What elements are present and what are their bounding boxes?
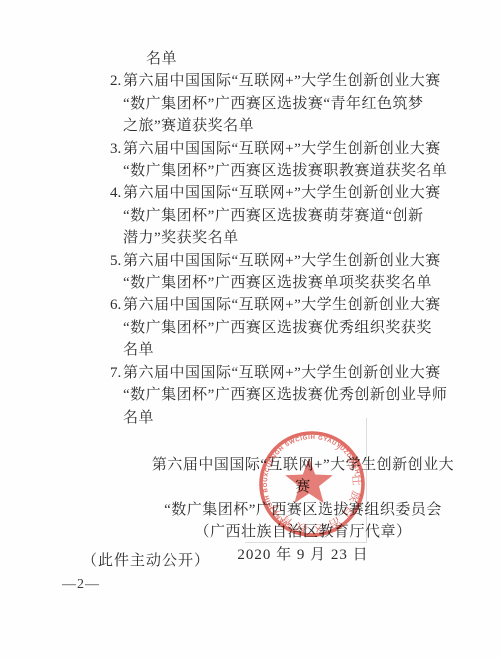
list-line: 7.第六届中国国际“互联网+”大学生创新创业大赛 xyxy=(110,362,460,384)
list-line-text: “数广集团杯”广西赛区选拔赛优秀创新创业导师 xyxy=(123,384,447,406)
item-number xyxy=(110,272,123,294)
list-line: “数广集团杯”广西赛区选拔赛单项奖获奖名单 xyxy=(110,272,460,294)
list-line-text: 第六届中国国际“互联网+”大学生创新创业大赛 xyxy=(123,138,441,160)
item-number: 7. xyxy=(110,362,123,384)
disclosure-note: （此件主动公开） xyxy=(82,549,210,570)
item-number xyxy=(110,205,123,227)
item-number xyxy=(110,160,123,182)
item-number xyxy=(110,384,123,406)
item-number xyxy=(110,48,123,70)
award-list: 名单 2.第六届中国国际“互联网+”大学生创新创业大赛 “数广集团杯”广西赛区选… xyxy=(110,48,460,429)
list-line: “数广集团杯”广西赛区选拔赛“青年红色筑梦 xyxy=(110,93,460,115)
list-line: 3.第六届中国国际“互联网+”大学生创新创业大赛 xyxy=(110,138,460,160)
list-line-text: “数广集团杯”广西赛区选拔赛萌芽赛道“创新 xyxy=(123,205,423,227)
document-page: 名单 2.第六届中国国际“互联网+”大学生创新创业大赛 “数广集团杯”广西赛区选… xyxy=(0,0,500,658)
item-number: 5. xyxy=(110,250,123,272)
list-line: 名单 xyxy=(110,407,460,429)
list-line-text: 第六届中国国际“互联网+”大学生创新创业大赛 xyxy=(123,250,441,272)
list-line-text: 第六届中国国际“互联网+”大学生创新创业大赛 xyxy=(123,70,441,92)
list-line-text: 之旅”赛道获奖名单 xyxy=(123,115,254,137)
list-line-text: 第六届中国国际“互联网+”大学生创新创业大赛 xyxy=(123,294,441,316)
item-number: 6. xyxy=(110,294,123,316)
list-line-text: “数广集团杯”广西赛区选拔赛优秀组织奖获奖 xyxy=(123,317,432,339)
list-line: 名单 xyxy=(110,339,460,361)
list-line-text: 名单 xyxy=(123,48,177,70)
signature-org-line-1: 第六届中国国际“互联网+”大学生创新创业大赛 xyxy=(150,454,456,499)
list-line-text: 名单 xyxy=(123,407,154,429)
list-line: 潜力”奖获奖名单 xyxy=(110,227,460,249)
list-line: 之旅”赛道获奖名单 xyxy=(110,115,460,137)
list-line-text: 第六届中国国际“互联网+”大学生创新创业大赛 xyxy=(123,182,441,204)
item-number xyxy=(110,339,123,361)
item-number xyxy=(110,115,123,137)
item-number: 3. xyxy=(110,138,123,160)
signature-proxy-note: （广西壮族自治区教育厅代章） xyxy=(150,521,456,543)
list-line-text: “数广集团杯”广西赛区选拔赛单项奖获奖名单 xyxy=(123,272,432,294)
item-number xyxy=(110,317,123,339)
signature-org-line-2: “数广集团杯”广西赛区选拔赛组织委员会 xyxy=(150,499,456,521)
list-line: “数广集团杯”广西赛区选拔赛职教赛道获奖名单 xyxy=(110,160,460,182)
list-line: 5.第六届中国国际“互联网+”大学生创新创业大赛 xyxy=(110,250,460,272)
list-line: 4.第六届中国国际“互联网+”大学生创新创业大赛 xyxy=(110,182,460,204)
list-line-text: “数广集团杯”广西赛区选拔赛“青年红色筑梦 xyxy=(123,93,423,115)
item-number: 4. xyxy=(110,182,123,204)
list-line: 2.第六届中国国际“互联网+”大学生创新创业大赛 xyxy=(110,70,460,92)
list-line: 6.第六届中国国际“互联网+”大学生创新创业大赛 xyxy=(110,294,460,316)
list-line: “数广集团杯”广西赛区选拔赛萌芽赛道“创新 xyxy=(110,205,460,227)
item-number xyxy=(110,227,123,249)
list-line: 名单 xyxy=(110,48,460,70)
list-line-text: 名单 xyxy=(123,339,154,361)
item-number: 2. xyxy=(110,70,123,92)
list-line: “数广集团杯”广西赛区选拔赛优秀创新创业导师 xyxy=(110,384,460,406)
page-number: —2— xyxy=(62,577,100,593)
item-number xyxy=(110,93,123,115)
list-line: “数广集团杯”广西赛区选拔赛优秀组织奖获奖 xyxy=(110,317,460,339)
item-number xyxy=(110,407,123,429)
list-line-text: 潜力”奖获奖名单 xyxy=(123,227,239,249)
list-line-text: “数广集团杯”广西赛区选拔赛职教赛道获奖名单 xyxy=(123,160,447,182)
list-line-text: 第六届中国国际“互联网+”大学生创新创业大赛 xyxy=(123,362,441,384)
